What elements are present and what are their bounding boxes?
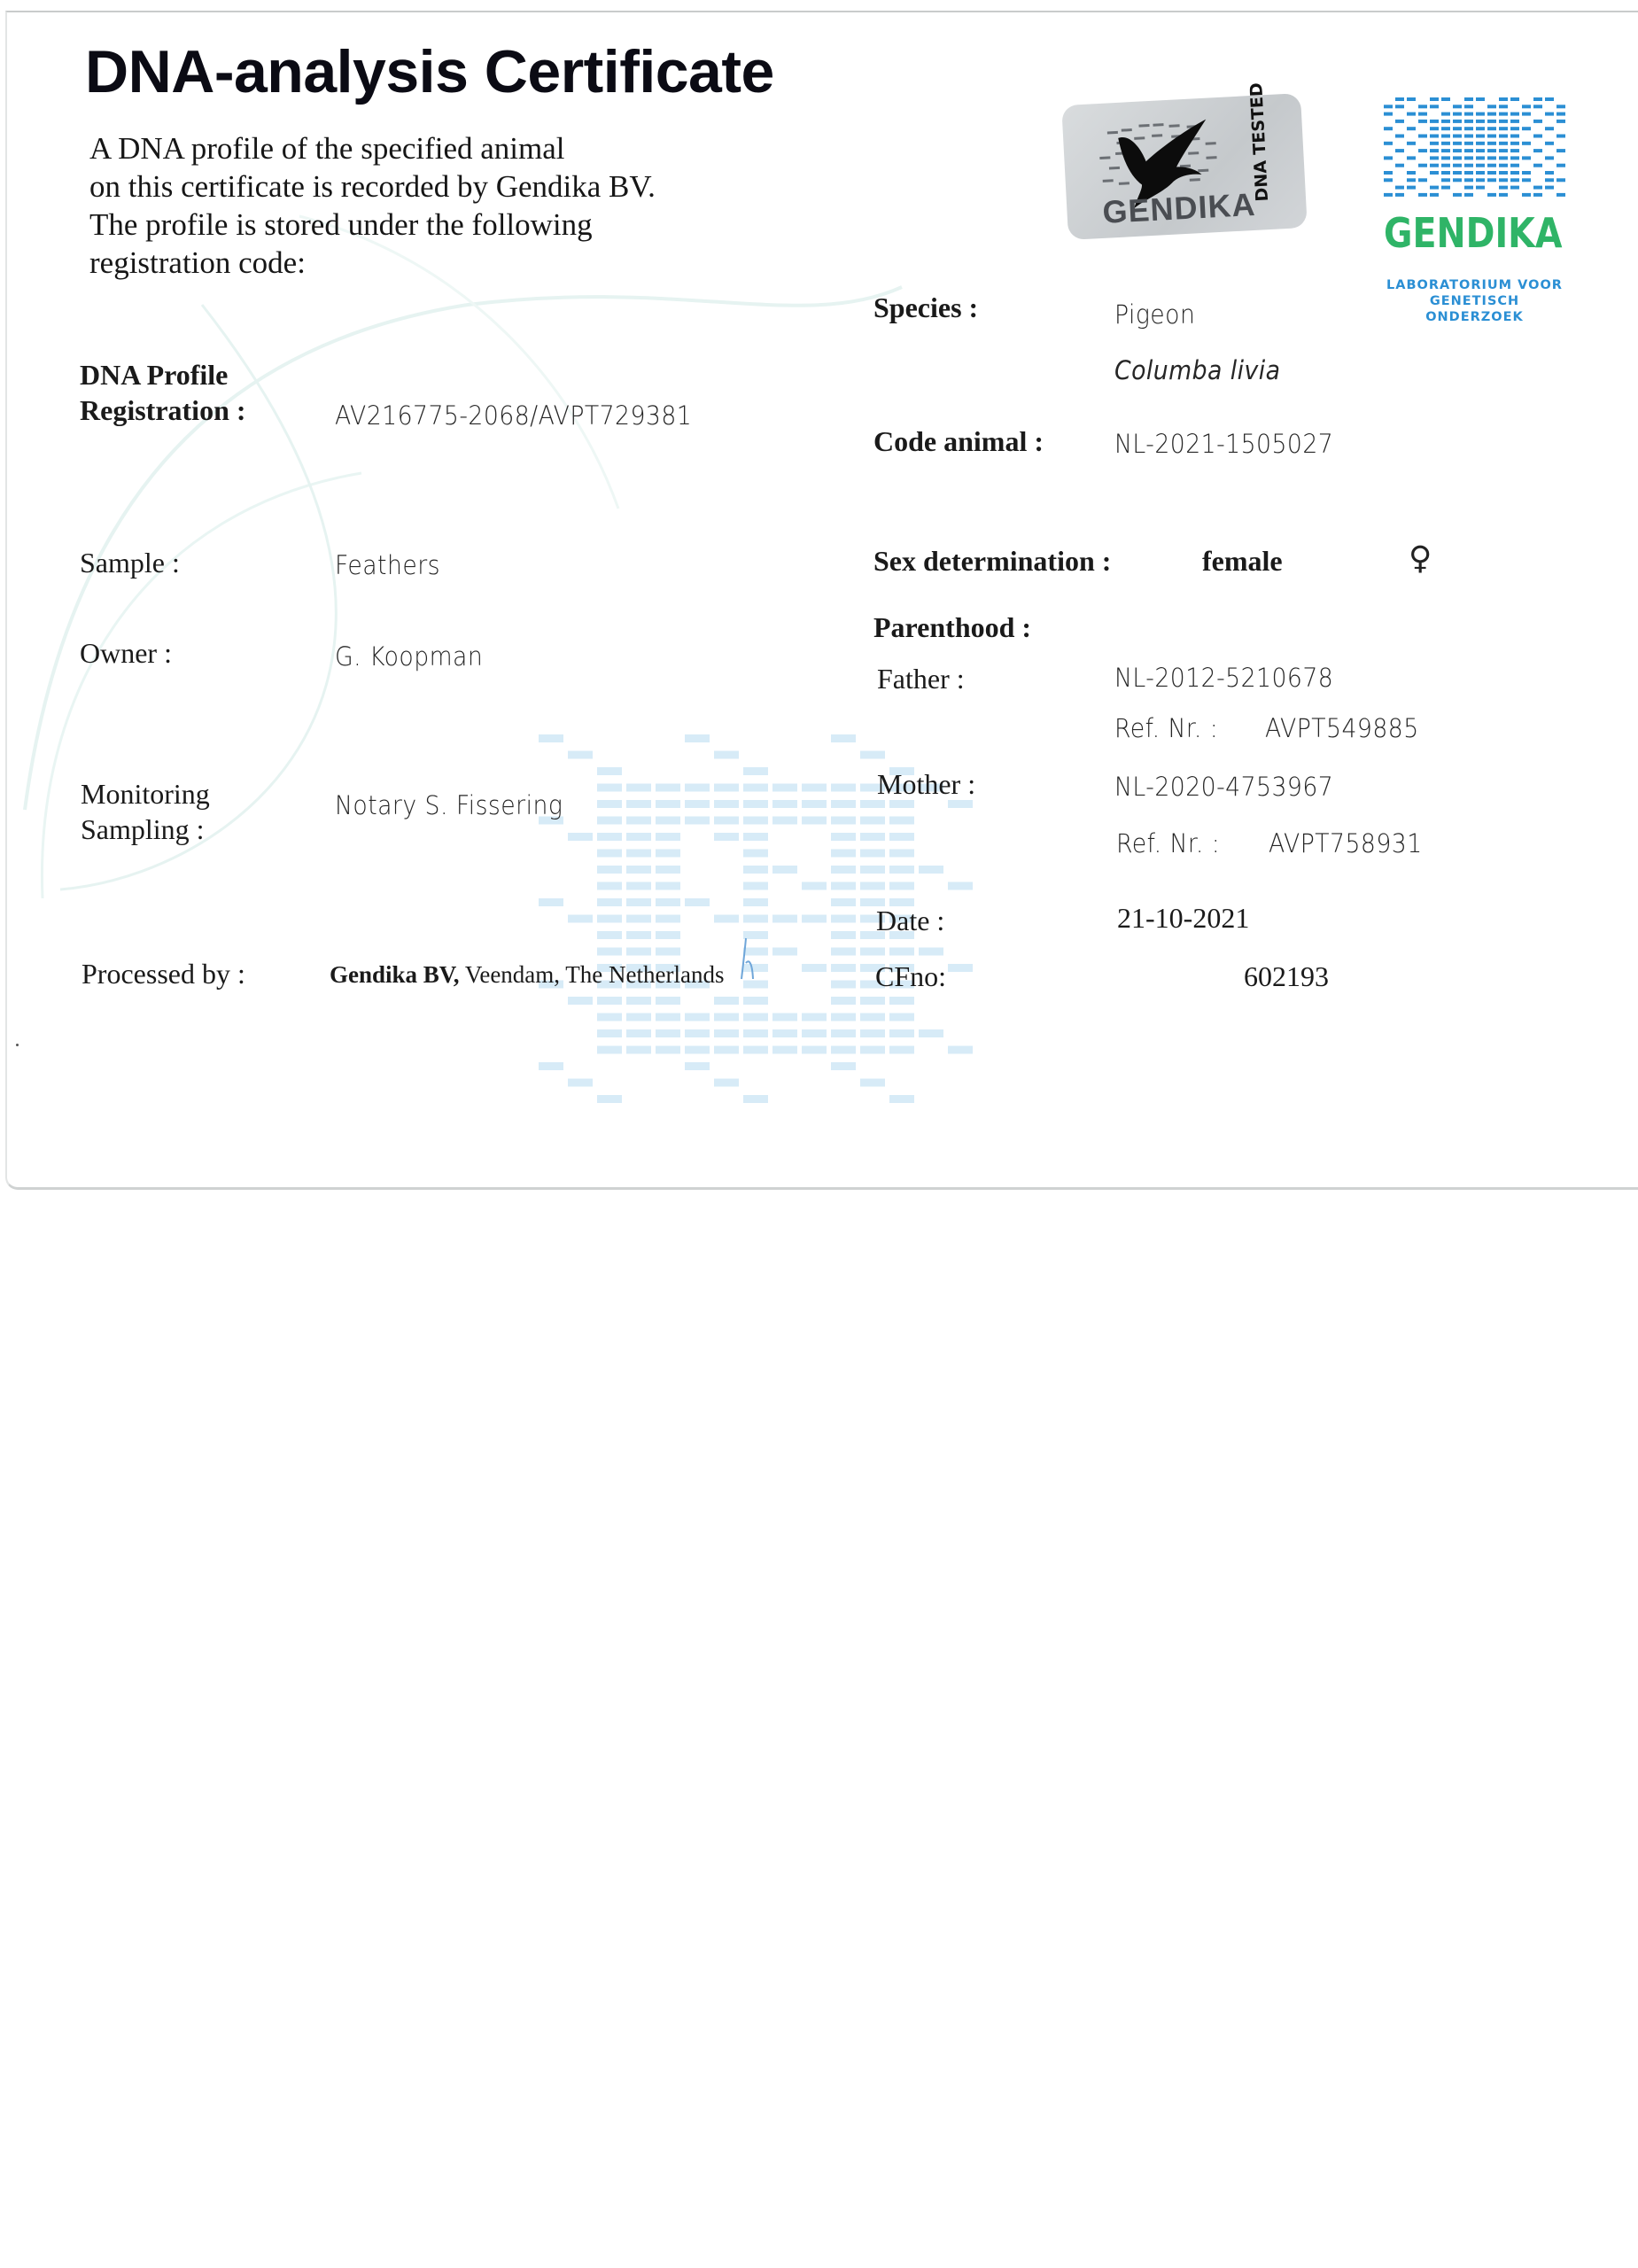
female-symbol-icon: ♀ <box>1409 540 1432 577</box>
gendika-logo-mark <box>1384 97 1570 199</box>
owner-value: G. Koopman <box>335 641 483 672</box>
seal-brand-text: GENDIKA <box>1101 186 1256 231</box>
pen-mark <box>738 936 757 983</box>
species-latin-value: Columba livia <box>1114 355 1280 385</box>
date-label: Date : <box>876 905 944 937</box>
monitoring-label-line2: Sampling : <box>81 813 205 846</box>
mother-ring-value: NL-2020-4753967 <box>1114 772 1333 802</box>
dna-bars-watermark <box>539 734 1159 1107</box>
gendika-logo-text: GENDIKA <box>1384 209 1562 257</box>
parenthood-label: Parenthood : <box>873 611 1031 644</box>
father-label: Father : <box>877 663 965 695</box>
code-animal-label: Code animal : <box>873 425 1044 458</box>
sample-value: Feathers <box>335 550 440 580</box>
species-common-value: Pigeon <box>1114 299 1195 330</box>
intro-text: A DNA profile of the specified animal on… <box>89 129 656 282</box>
monitoring-value: Notary S. Fissering <box>335 790 563 820</box>
date-value: 21-10-2021 <box>1117 902 1249 935</box>
mother-label: Mother : <box>877 768 975 801</box>
registration-value: AV216775-2068/AVPT729381 <box>335 400 692 431</box>
cfno-value: 602193 <box>1244 960 1329 993</box>
father-ref-label: Ref. Nr. : <box>1114 713 1218 743</box>
gendika-logo-subtitle: LABORATORIUM VOOR GENETISCH ONDERZOEK <box>1384 277 1565 325</box>
father-ring-value: NL-2012-5210678 <box>1114 663 1333 693</box>
registration-label-line2: Registration : <box>80 394 246 427</box>
sex-label: Sex determination : <box>873 545 1111 578</box>
monitoring-label-line1: Monitoring <box>81 778 210 811</box>
processed-by-label: Processed by : <box>82 958 245 990</box>
processed-by-value: Gendika BV, Veendam, The Netherlands <box>330 961 724 989</box>
mother-ref-value: AVPT758931 <box>1269 828 1423 858</box>
sample-label: Sample : <box>80 547 180 579</box>
dna-tested-seal: GENDIKA DNA TESTED <box>1061 93 1308 240</box>
scan-speck <box>16 1044 19 1046</box>
cfno-label: CFno: <box>875 960 946 993</box>
father-ref-value: AVPT549885 <box>1265 713 1419 743</box>
registration-label-line1: DNA Profile <box>80 359 228 392</box>
mother-ref-label: Ref. Nr. : <box>1116 828 1220 858</box>
code-animal-value: NL-2021-1505027 <box>1114 429 1333 459</box>
owner-label: Owner : <box>80 637 172 670</box>
sex-value: female <box>1202 545 1283 578</box>
species-label: Species : <box>873 291 978 324</box>
page-title: DNA-analysis Certificate <box>85 37 774 106</box>
